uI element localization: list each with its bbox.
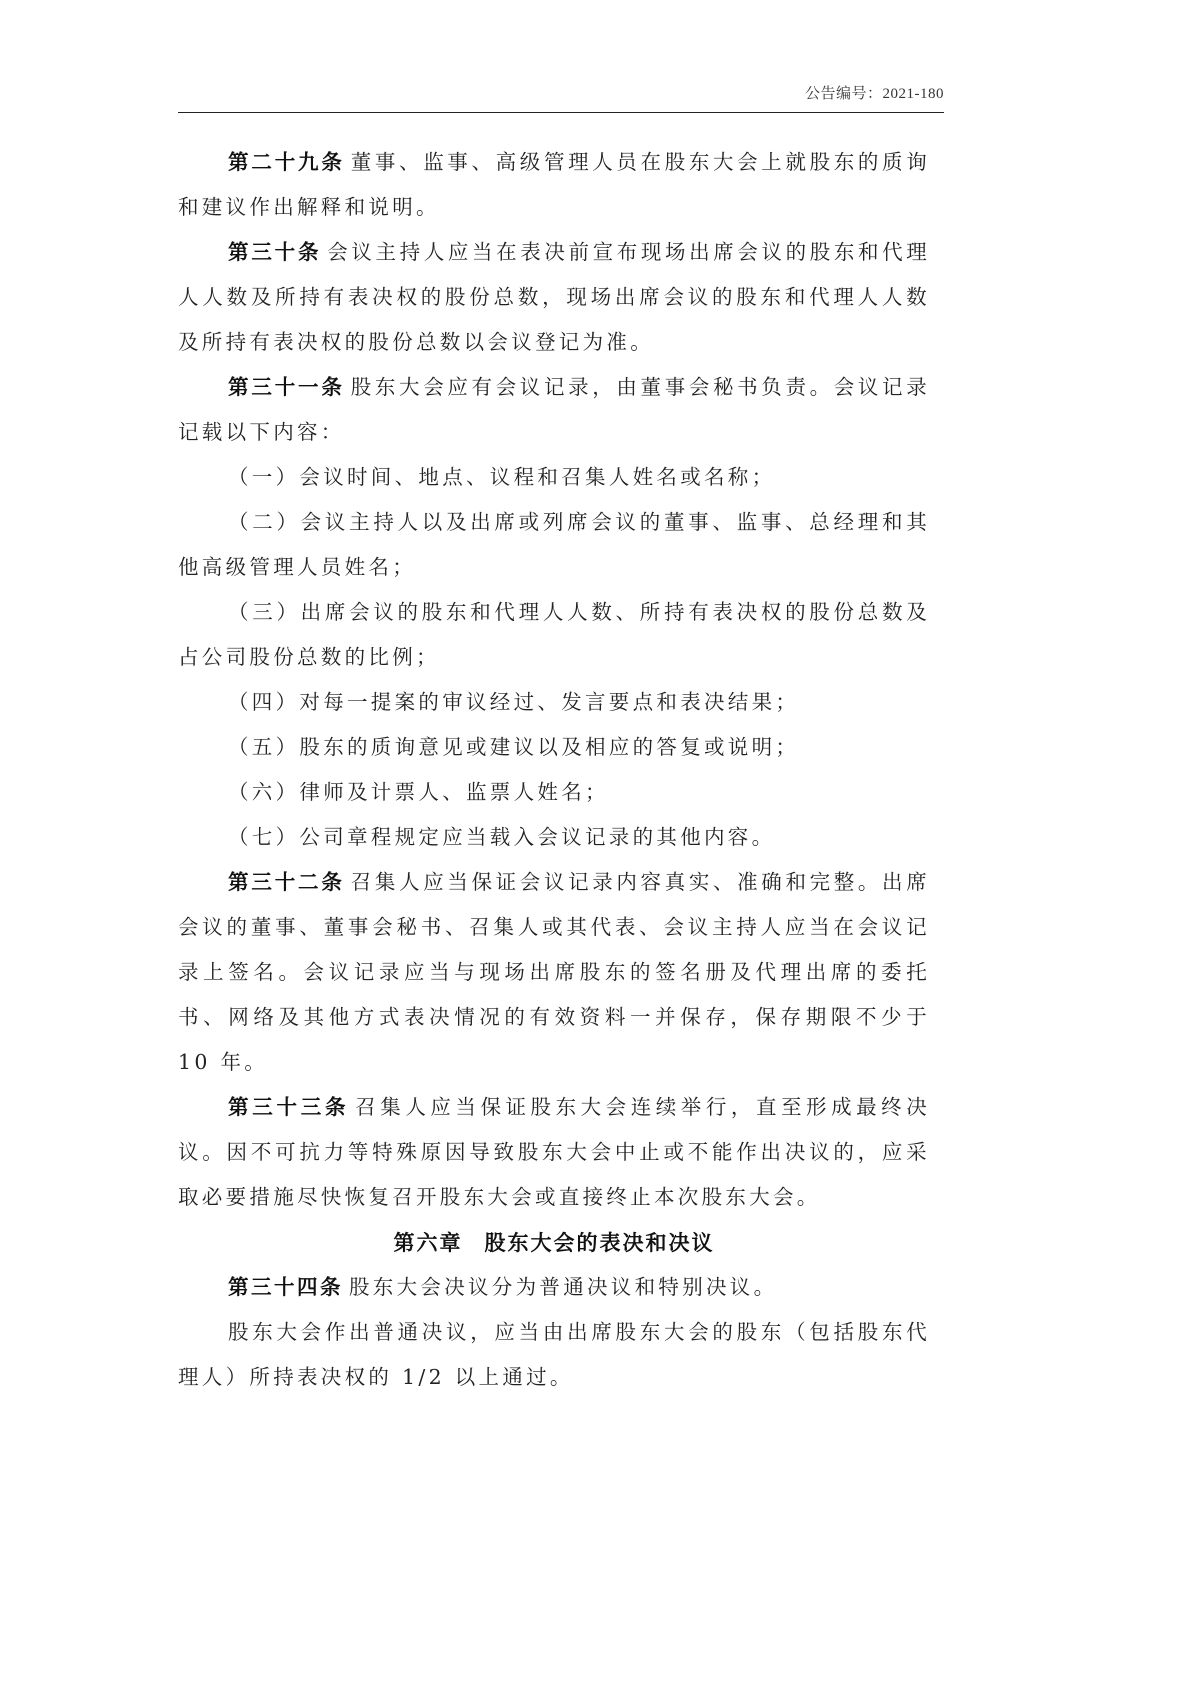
- article-29: 第二十九条董事、监事、高级管理人员在股东大会上就股东的质询和建议作出解释和说明。: [178, 140, 930, 230]
- list-item: （五）股东的质询意见或建议以及相应的答复或说明；: [178, 725, 930, 770]
- list-item: （二）会议主持人以及出席或列席会议的董事、监事、总经理和其他高级管理人员姓名；: [178, 500, 930, 590]
- article-34: 第三十四条股东大会决议分为普通决议和特别决议。: [178, 1265, 930, 1310]
- article-number: 第三十条: [228, 240, 321, 264]
- document-body: 第二十九条董事、监事、高级管理人员在股东大会上就股东的质询和建议作出解释和说明。…: [178, 140, 930, 1400]
- chapter-number: 第六章: [394, 1230, 463, 1255]
- article-text: 股东大会决议分为普通决议和特别决议。: [349, 1275, 777, 1299]
- announcement-number: 公告编号：2021-180: [805, 82, 944, 103]
- article-32: 第三十二条召集人应当保证会议记录内容真实、准确和完整。出席会议的董事、董事会秘书…: [178, 860, 930, 1085]
- list-item: （三）出席会议的股东和代理人人数、所持有表决权的股份总数及占公司股份总数的比例；: [178, 590, 930, 680]
- article-number: 第三十四条: [228, 1275, 343, 1299]
- article-31: 第三十一条股东大会应有会议记录，由董事会秘书负责。会议记录记载以下内容：: [178, 365, 930, 455]
- article-34-paragraph-2: 股东大会作出普通决议，应当由出席股东大会的股东（包括股东代理人）所持表决权的 1…: [178, 1310, 930, 1400]
- article-number: 第二十九条: [228, 150, 345, 174]
- article-number: 第三十二条: [228, 870, 345, 894]
- article-number: 第三十三条: [228, 1095, 349, 1119]
- list-item: （七）公司章程规定应当载入会议记录的其他内容。: [178, 815, 930, 860]
- chapter-heading: 第六章股东大会的表决和决议: [178, 1220, 930, 1265]
- article-text: 召集人应当保证会议记录内容真实、准确和完整。出席会议的董事、董事会秘书、召集人或…: [178, 870, 930, 1074]
- chapter-title: 股东大会的表决和决议: [485, 1230, 715, 1255]
- article-number: 第三十一条: [228, 375, 345, 399]
- article-33: 第三十三条召集人应当保证股东大会连续举行，直至形成最终决议。因不可抗力等特殊原因…: [178, 1085, 930, 1220]
- page-header: 公告编号：2021-180: [178, 80, 944, 113]
- list-item: （四）对每一提案的审议经过、发言要点和表决结果；: [178, 680, 930, 725]
- list-item: （一）会议时间、地点、议程和召集人姓名或名称；: [178, 455, 930, 500]
- article-30: 第三十条会议主持人应当在表决前宣布现场出席会议的股东和代理人人数及所持有表决权的…: [178, 230, 930, 365]
- list-item: （六）律师及计票人、监票人姓名；: [178, 770, 930, 815]
